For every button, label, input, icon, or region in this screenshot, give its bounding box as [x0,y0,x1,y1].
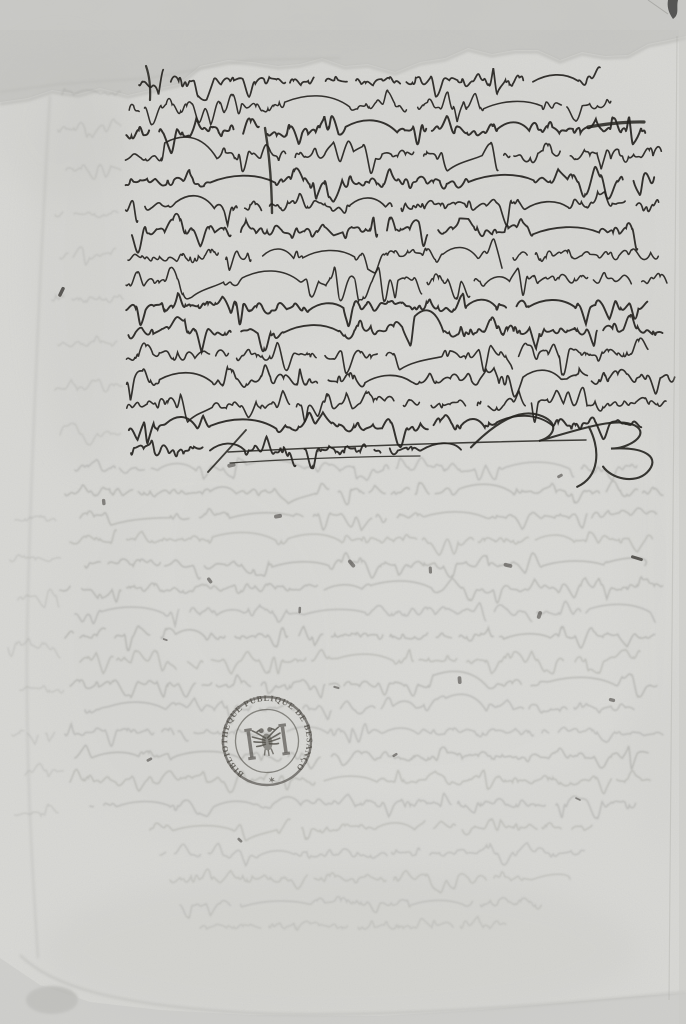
manuscript-page-svg: BIBLIOTHEQUE PUBLIQUE DE BESANÇON ✶ [0,0,686,1024]
scanned-document: BIBLIOTHEQUE PUBLIQUE DE BESANÇON ✶ [0,0,686,1024]
